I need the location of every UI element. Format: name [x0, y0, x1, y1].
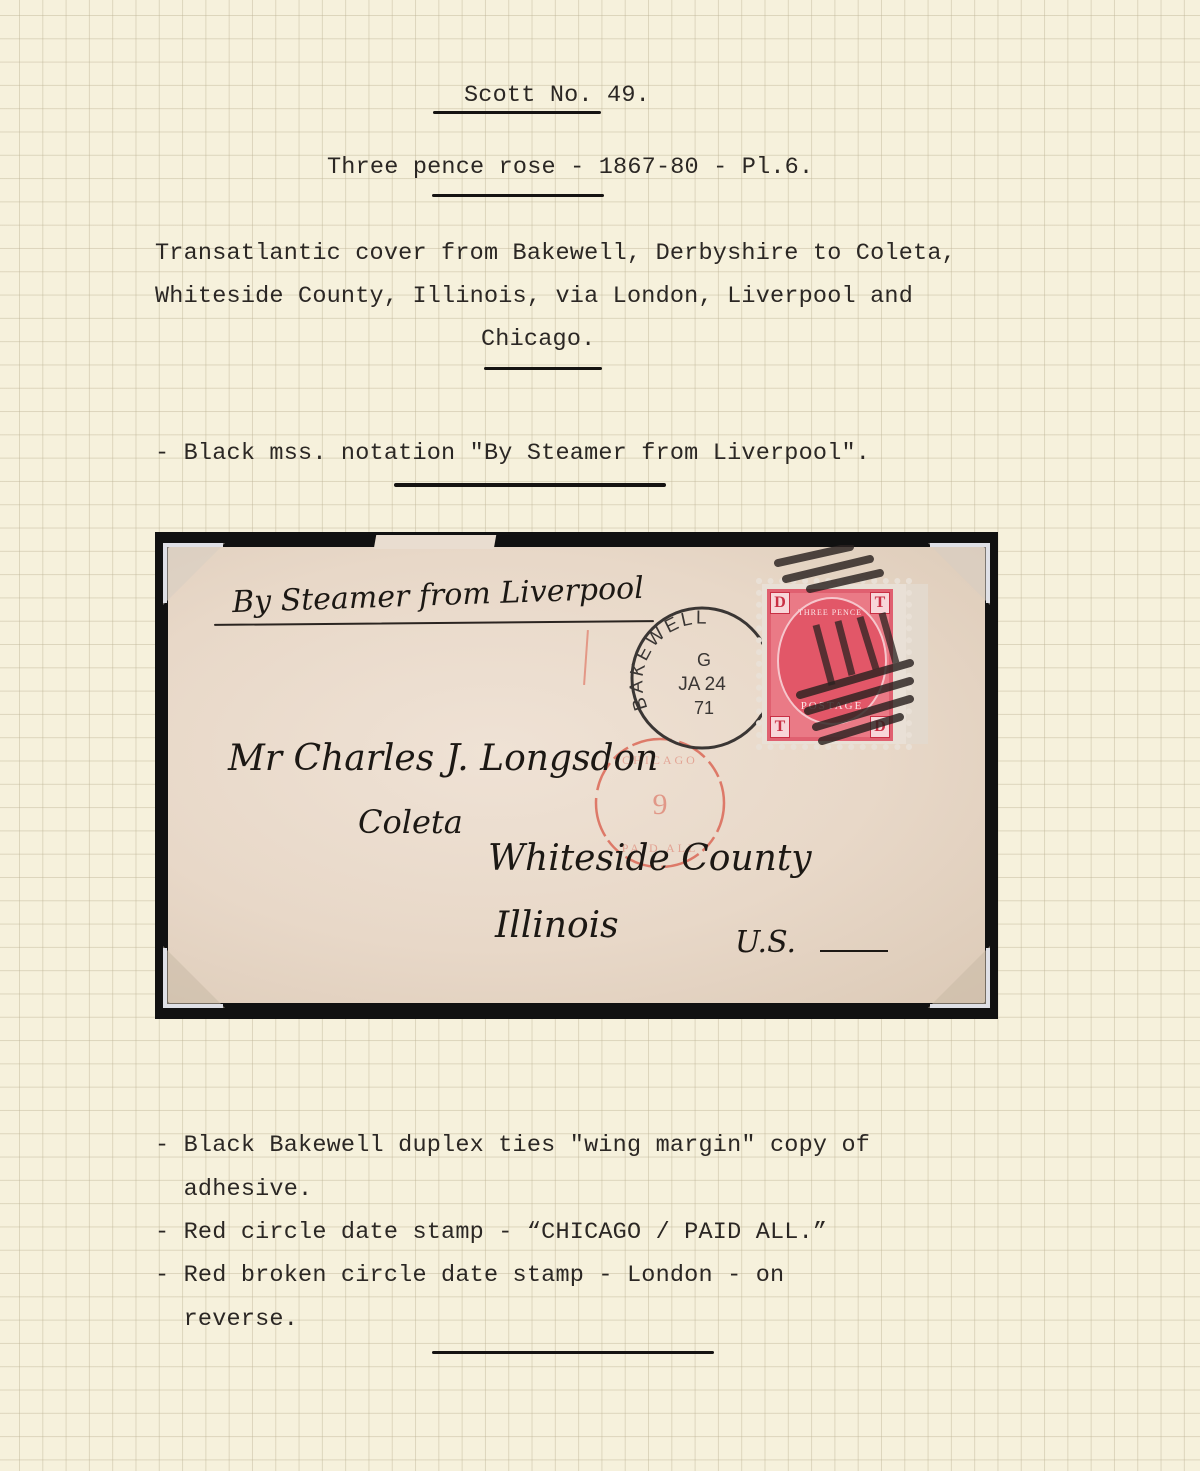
- description-underline: [484, 367, 602, 370]
- description-line-2: Whiteside County, Illinois, via London, …: [155, 285, 913, 309]
- note-3-line-1: - Red broken circle date stamp - London …: [155, 1264, 784, 1288]
- photo-corner-top-left: [163, 543, 225, 605]
- title-underline: [433, 111, 601, 114]
- page-title: Scott No. 49.: [464, 84, 650, 108]
- envelope-flap-tear: [374, 535, 496, 549]
- bakewell-postmark: BAKEWELL G JA 24 71: [622, 598, 782, 758]
- note-2-line-1: - Red circle date stamp - “CHICAGO / PAI…: [155, 1221, 827, 1245]
- notation-text: - Black mss. notation "By Steamer from L…: [155, 442, 870, 466]
- photo-corner-bottom-right: [928, 946, 990, 1008]
- address-state: Illinois: [495, 905, 619, 946]
- subtitle-underline: [432, 194, 604, 197]
- postmark-year: 71: [694, 698, 714, 718]
- note-1-line-1: - Black Bakewell duplex ties "wing margi…: [155, 1134, 870, 1158]
- note-3-line-2: reverse.: [155, 1308, 298, 1332]
- address-country: U.S.: [735, 925, 796, 960]
- postmark-code: G: [697, 650, 711, 670]
- address-county: Whiteside County: [488, 838, 812, 879]
- postmark-date: JA 24: [678, 674, 726, 695]
- closing-rule: [432, 1351, 714, 1354]
- page-subtitle: Three pence rose - 1867-80 - Pl.6.: [327, 156, 813, 180]
- description-line-3: Chicago.: [481, 328, 595, 352]
- note-1-line-2: adhesive.: [155, 1178, 312, 1202]
- address-town: Coleta: [358, 803, 463, 841]
- address-name: Mr Charles J. Longsdon: [228, 738, 658, 779]
- svg-text:9: 9: [653, 788, 668, 821]
- duplex-obliterator: [760, 545, 960, 745]
- country-dash: [820, 950, 888, 952]
- notation-underline: [394, 483, 666, 487]
- photo-corner-bottom-left: [163, 946, 225, 1008]
- description-line-1: Transatlantic cover from Bakewell, Derby…: [155, 242, 956, 266]
